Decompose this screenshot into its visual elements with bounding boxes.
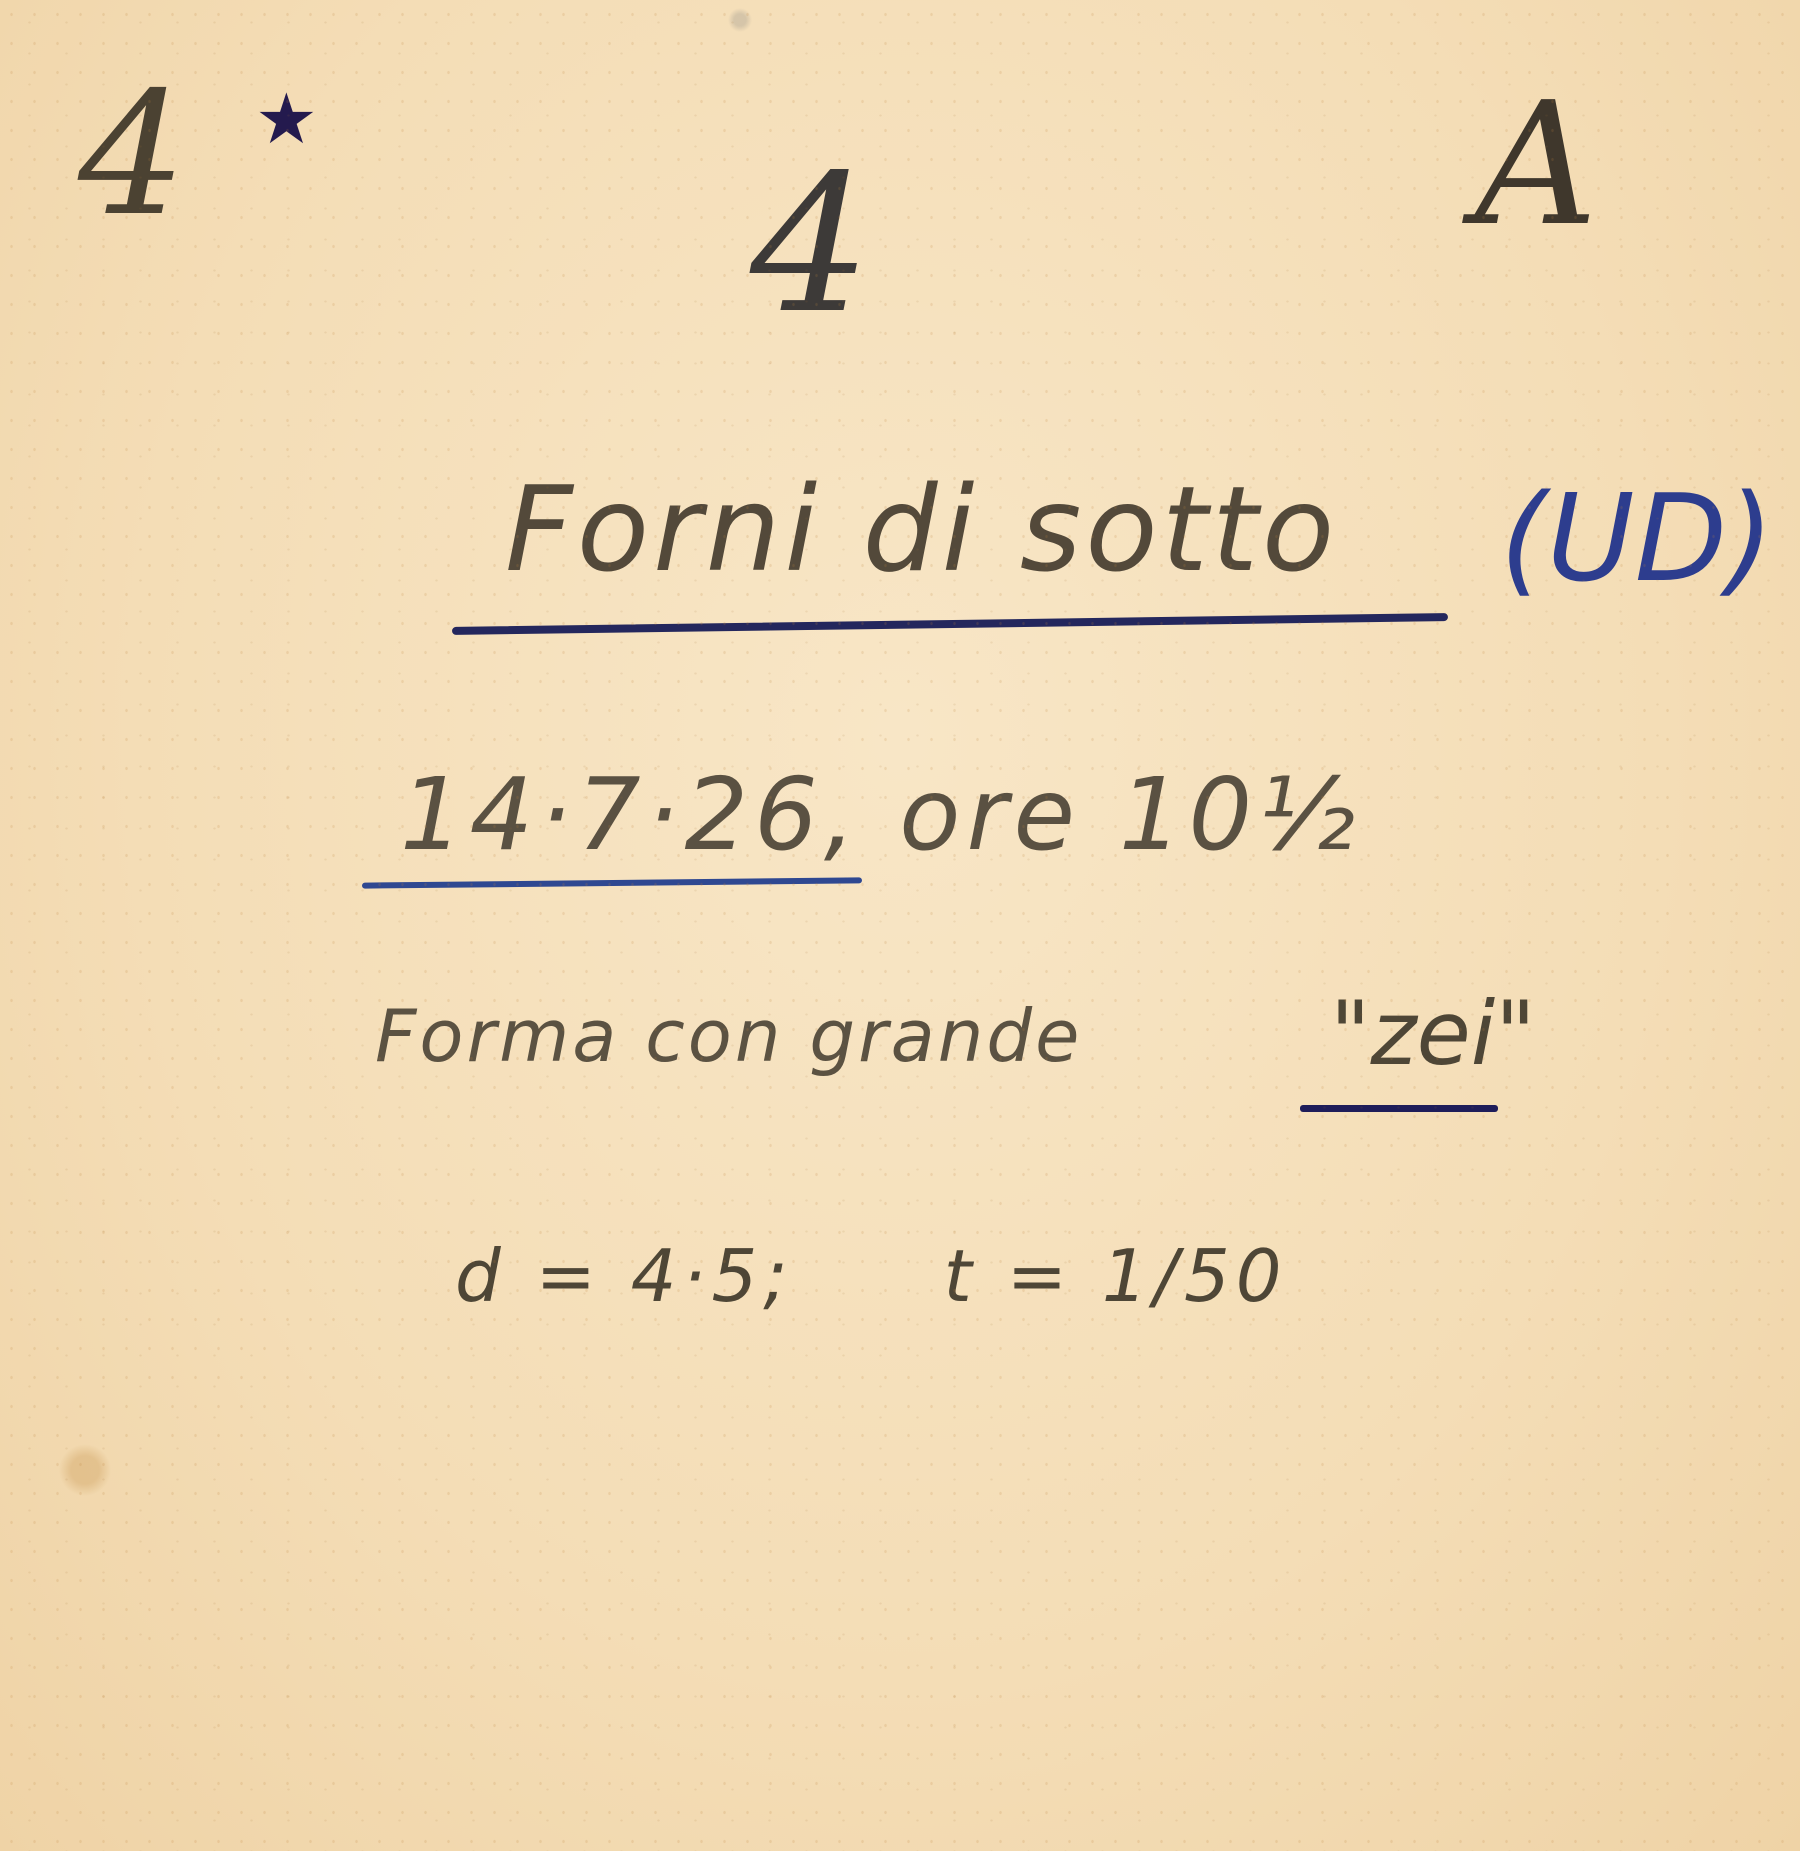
note-term: "zei" [1330,990,1536,1078]
place-name: Forni di sotto [505,470,1338,588]
corner-number-left: 4 [78,70,186,240]
place-underline [452,613,1448,635]
star-icon: ★ [255,78,318,160]
parameters: d = 4·5;t = 1/50 [455,1240,1288,1312]
corner-letter-right: A [1475,80,1598,250]
term-underline [1300,1105,1498,1112]
param-t: t = 1/50 [944,1234,1288,1318]
label-card: 4 ★ 4 A Forni di sotto (UD) 14·7·26, ore… [0,0,1800,1851]
param-d: d = 4·5; [455,1234,794,1318]
province-code: (UD) [1500,480,1774,600]
note-text: Forma con grande [375,1000,1082,1072]
date-time: 14·7·26, ore 10½ [400,765,1361,865]
center-number: 4 [750,150,871,340]
date-underline [362,877,862,888]
